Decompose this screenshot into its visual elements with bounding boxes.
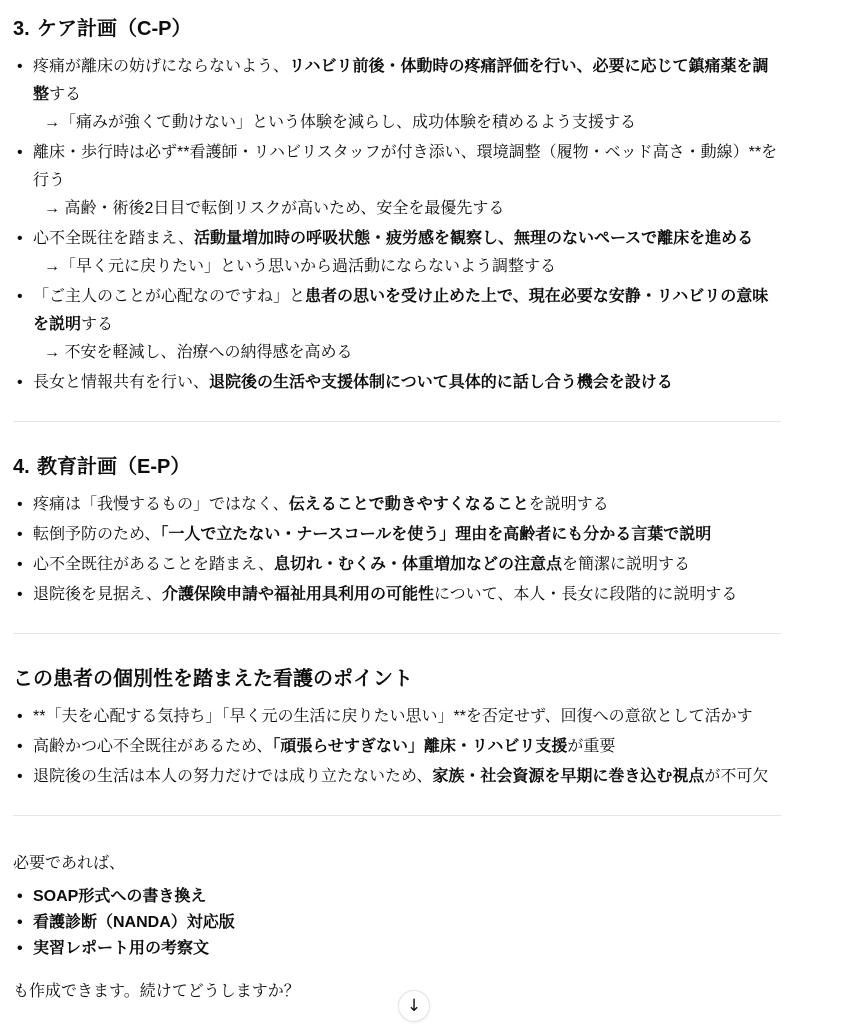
list-item-text: 実習レポート用の考察文	[33, 936, 781, 962]
list-item-text: 「ご主人のことが心配なのですね」と患者の思いを受け止めた上で、現在必要な安静・リ…	[33, 283, 781, 339]
text-segment: 退院後を見据え、	[33, 586, 162, 603]
text-segment: 心不全既往があることを踏まえ、	[33, 556, 274, 573]
text-segment: 長女と情報共有を行い、	[33, 374, 209, 391]
list-item: 「ご主人のことが心配なのですね」と患者の思いを受け止めた上で、現在必要な安静・リ…	[13, 283, 781, 367]
section-heading: 4. 教育計画（E-P）	[13, 452, 781, 482]
section-number: 4.	[13, 452, 37, 482]
text-segment: 転倒予防のため、	[33, 526, 160, 543]
individual-points-list: **「夫を心配する気持ち」「早く元の生活に戻りたい思い」**を否定せず、回復への…	[13, 703, 781, 791]
list-item: 心不全既往があることを踏まえ、息切れ・むくみ・体重増加などの注意点を簡潔に説明す…	[13, 551, 781, 579]
list-item: 転倒予防のため、「一人で立たない・ナースコールを使う」理由を高齢者にも分かる言葉…	[13, 521, 781, 549]
list-item-text: 離床・歩行時は必ず**看護師・リハビリスタッフが付き添い、環境調整（履物・ベッド…	[33, 139, 781, 195]
list-item-text: 退院後を見据え、介護保険申請や福祉用具利用の可能性について、本人・長女に段階的に…	[33, 581, 781, 609]
chat-page: 3. ケア計画（C-P） 疼痛が離床の妨げにならないよう、リハビリ前後・体動時の…	[0, 0, 864, 1024]
text-segment: 心不全既往を踏まえ、	[33, 230, 194, 247]
bold-text-segment: 家族・社会資源を早期に巻き込む視点	[432, 768, 704, 785]
list-item: **「夫を心配する気持ち」「早く元の生活に戻りたい思い」**を否定せず、回復への…	[13, 703, 781, 731]
list-item: SOAP形式への書き換え	[13, 884, 781, 910]
list-item: 看護診断（NANDA）対応版	[13, 910, 781, 936]
section-education-plan: 4. 教育計画（E-P） 疼痛は「我慢するもの」ではなく、伝えることで動きやすく…	[13, 452, 781, 609]
section-divider	[13, 633, 781, 634]
bold-text-segment: 「一人で立たない・ナースコールを使う」理由を高齢者にも分かる言葉で説明	[160, 526, 711, 543]
section-individual-points: この患者の個別性を踏まえた看護のポイント **「夫を心配する気持ち」「早く元の生…	[13, 664, 781, 791]
list-item-text: 長女と情報共有を行い、退院後の生活や支援体制について具体的に話し合う機会を設ける	[33, 369, 781, 397]
list-item: 高齢かつ心不全既往があるため、「頑張らせすぎない」離床・リハビリ支援が重要	[13, 733, 781, 761]
text-segment: 疼痛は「我慢するもの」ではなく、	[33, 496, 289, 513]
text-segment: する	[49, 86, 81, 103]
list-item: 心不全既往を踏まえ、活動量増加時の呼吸状態・疲労感を観察し、無理のないペースで離…	[13, 225, 781, 281]
list-item: 長女と情報共有を行い、退院後の生活や支援体制について具体的に話し合う機会を設ける	[13, 369, 781, 397]
list-item-text: 転倒予防のため、「一人で立たない・ナースコールを使う」理由を高齢者にも分かる言葉…	[33, 521, 781, 549]
list-item-text: 疼痛は「我慢するもの」ではなく、伝えることで動きやすくなることを説明する	[33, 491, 781, 519]
section-heading: 3. ケア計画（C-P）	[13, 14, 781, 44]
list-item: 離床・歩行時は必ず**看護師・リハビリスタッフが付き添い、環境調整（履物・ベッド…	[13, 139, 781, 223]
section-care-plan: 3. ケア計画（C-P） 疼痛が離床の妨げにならないよう、リハビリ前後・体動時の…	[13, 14, 781, 397]
text-segment: が不可欠	[704, 768, 768, 785]
section-number: 3.	[13, 14, 37, 44]
list-item-text: 看護診断（NANDA）対応版	[33, 910, 781, 936]
text-segment: 疼痛が離床の妨げにならないよう、	[33, 58, 289, 75]
list-item-text: 退院後の生活は本人の努力だけでは成り立たないため、家族・社会資源を早期に巻き込む…	[33, 763, 781, 791]
text-segment: について、本人・長女に段階的に説明する	[434, 586, 737, 603]
bold-text-segment: 退院後の生活や支援体制について具体的に話し合う機会を設ける	[209, 374, 673, 391]
bold-text-segment: 「頑張らせすぎない」離床・リハビリ支援	[272, 738, 567, 755]
section-divider	[13, 815, 781, 816]
education-plan-list: 疼痛は「我慢するもの」ではなく、伝えることで動きやすくなることを説明する転倒予防…	[13, 491, 781, 609]
list-item: 実習レポート用の考察文	[13, 936, 781, 962]
list-item-text: 高齢かつ心不全既往があるため、「頑張らせすぎない」離床・リハビリ支援が重要	[33, 733, 781, 761]
section-title: 教育計画（E-P）	[37, 452, 190, 482]
bold-text-segment: SOAP形式への書き換え	[33, 888, 206, 905]
arrow-note: → 不安を軽減し、治療への納得感を高める	[33, 339, 770, 367]
care-plan-list: 疼痛が離床の妨げにならないよう、リハビリ前後・体動時の疼痛評価を行い、必要に応じ…	[13, 53, 781, 397]
closing-intro: 必要であれば、	[13, 850, 781, 878]
closing-question: も作成できます。続けてどうしますか？	[13, 978, 781, 1006]
offer-options-list: SOAP形式への書き換え看護診断（NANDA）対応版実習レポート用の考察文	[13, 884, 781, 962]
arrow-note: →「痛みが強くて動けない」という体験を減らし、成功体験を積めるよう支援する	[33, 109, 770, 137]
text-segment: 退院後の生活は本人の努力だけでは成り立たないため、	[33, 768, 432, 785]
list-item: 退院後の生活は本人の努力だけでは成り立たないため、家族・社会資源を早期に巻き込む…	[13, 763, 781, 791]
text-segment: が重要	[567, 738, 615, 755]
text-segment: **「夫を心配する気持ち」「早く元の生活に戻りたい思い」**を否定せず、回復への…	[33, 708, 753, 725]
arrow-note: →「早く元に戻りたい」という思いから過活動にならないよう調整する	[33, 253, 770, 281]
bold-text-segment: 看護診断（NANDA）対応版	[33, 914, 235, 931]
bold-text-segment: 介護保険申請や福祉用具利用の可能性	[162, 586, 434, 603]
text-segment: を説明する	[529, 496, 609, 513]
section-title: この患者の個別性を踏まえた看護のポイント	[13, 664, 413, 694]
closing-block: 必要であれば、 SOAP形式への書き換え看護診断（NANDA）対応版実習レポート…	[13, 850, 781, 1006]
assistant-message: 3. ケア計画（C-P） 疼痛が離床の妨げにならないよう、リハビリ前後・体動時の…	[0, 0, 864, 1006]
text-segment: を簡潔に説明する	[562, 556, 690, 573]
bold-text-segment: 実習レポート用の考察文	[33, 940, 209, 957]
section-title: ケア計画（C-P）	[37, 14, 191, 44]
text-segment: 「ご主人のことが心配なのですね」と	[33, 288, 305, 305]
list-item-text: SOAP形式への書き換え	[33, 884, 781, 910]
list-item: 疼痛が離床の妨げにならないよう、リハビリ前後・体動時の疼痛評価を行い、必要に応じ…	[13, 53, 781, 137]
list-item: 疼痛は「我慢するもの」ではなく、伝えることで動きやすくなることを説明する	[13, 491, 781, 519]
bold-text-segment: 活動量増加時の呼吸状態・疲労感を観察し、無理のないペースで離床を進める	[194, 230, 753, 247]
list-item-text: 疼痛が離床の妨げにならないよう、リハビリ前後・体動時の疼痛評価を行い、必要に応じ…	[33, 53, 781, 109]
bold-text-segment: 息切れ・むくみ・体重増加などの注意点	[274, 556, 562, 573]
text-segment: 高齢かつ心不全既往があるため、	[33, 738, 272, 755]
list-item: 退院後を見据え、介護保険申請や福祉用具利用の可能性について、本人・長女に段階的に…	[13, 581, 781, 609]
arrow-down-icon: ↓	[407, 998, 421, 1015]
text-segment: する	[81, 316, 113, 333]
section-heading: この患者の個別性を踏まえた看護のポイント	[13, 664, 781, 694]
text-segment: 離床・歩行時は必ず**看護師・リハビリスタッフが付き添い、環境調整（履物・ベッド…	[33, 144, 777, 189]
section-divider	[13, 421, 781, 422]
arrow-note: → 高齢・術後2日目で転倒リスクが高いため、安全を最優先する	[33, 195, 770, 223]
list-item-text: 心不全既往を踏まえ、活動量増加時の呼吸状態・疲労感を観察し、無理のないペースで離…	[33, 225, 781, 253]
bold-text-segment: 伝えることで動きやすくなること	[289, 496, 529, 513]
scroll-to-bottom-button[interactable]: ↓	[398, 990, 430, 1022]
list-item-text: 心不全既往があることを踏まえ、息切れ・むくみ・体重増加などの注意点を簡潔に説明す…	[33, 551, 781, 579]
list-item-text: **「夫を心配する気持ち」「早く元の生活に戻りたい思い」**を否定せず、回復への…	[33, 703, 781, 731]
